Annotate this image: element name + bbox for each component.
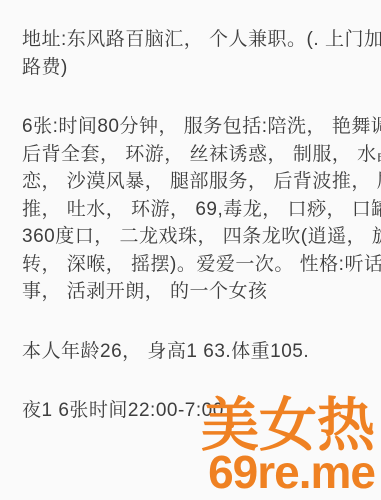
watermark-domain-text: 69re.me — [201, 454, 375, 492]
paragraph-services: 6张:时间80分钟， 服务包括:陪洗， 艳舞调情， 后背全套， 环游， 丝袜诱惑… — [22, 113, 369, 306]
text-block: 地址:东风路百脑汇， 个人兼职。(. 上门加1百 路费) 6张:时间80分钟， … — [22, 26, 369, 457]
services-line: 6张:时间80分钟， 服务包括:陪洗， 艳舞调情， — [22, 113, 369, 141]
services-line: 转， 深喉， 摇摆)。爱爱一次。 性格:听话不 — [22, 251, 369, 279]
address-line: 路费) — [22, 54, 369, 82]
stats-line: 本人年龄26， 身高1 63.体重105. — [22, 338, 369, 366]
services-line: 推， 吐水， 环游， 69,毒龙， 口痧， 口罐， — [22, 196, 369, 224]
address-line: 地址:东风路百脑汇， 个人兼职。(. 上门加1百 — [22, 26, 369, 54]
services-line: 事， 活剥开朗， 的一个女孩 — [22, 278, 369, 306]
services-line: 后背全套， 环游， 丝袜诱惑， 制服， 水晶之 — [22, 141, 369, 169]
paragraph-stats: 本人年龄26， 身高1 63.体重105. — [22, 338, 369, 366]
watermark-logo: 美女热 69re.me — [201, 396, 375, 492]
services-line: 360度口， 二龙戏珠， 四条龙吹(逍遥， 旋 — [22, 223, 369, 251]
paragraph-address: 地址:东风路百脑汇， 个人兼职。(. 上门加1百 路费) — [22, 26, 369, 81]
screenshot-page: 地址:东风路百脑汇， 个人兼职。(. 上门加1百 路费) 6张:时间80分钟， … — [0, 0, 381, 500]
services-line: 恋， 沙漠风暴， 腿部服务， 后背波推， 屁股 — [22, 168, 369, 196]
